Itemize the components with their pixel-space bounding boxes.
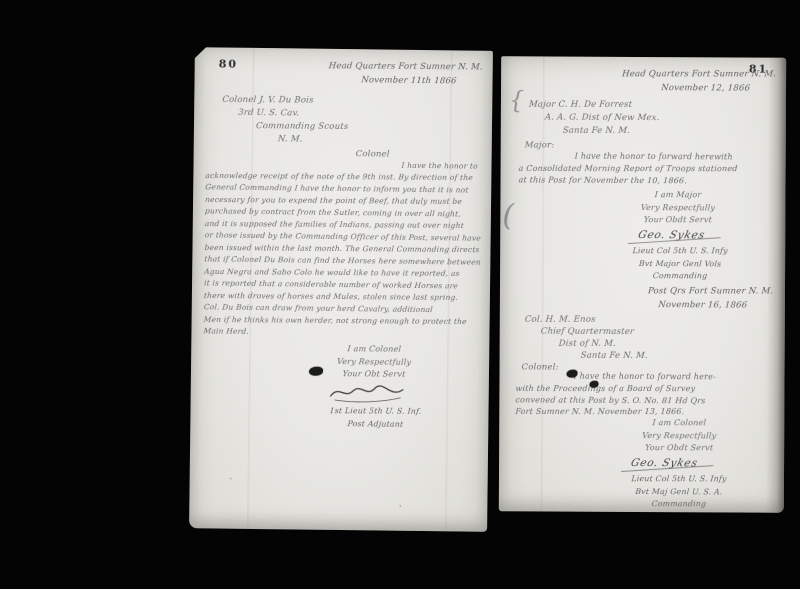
handwritten-line: Dist of N. M. — [558, 338, 648, 350]
handwritten-line: Post Adjutant — [290, 417, 461, 432]
addressee-block: Major C. H. De ForrestA. A. G. Dist of N… — [529, 98, 660, 138]
page-80: 80 Head Quarters Fort Sumner N. M.Novemb… — [189, 47, 493, 532]
closing-block: I am ColonelVery RespectfullyYour Obdt S… — [599, 417, 759, 455]
ink-blot — [589, 381, 598, 388]
handwritten-line: November 16, 1866 — [647, 298, 747, 313]
addressee-block: Col. H. M. EnosChief QuartermasterDist o… — [525, 313, 648, 362]
signature: Geo. Sykes — [630, 457, 700, 469]
page-81-text: 81 { ( Head Quarters Fort Sumner N. M.No… — [499, 56, 786, 512]
signature-flourish — [329, 383, 407, 404]
salutation: Colonel — [356, 149, 390, 159]
handwritten-line: Head Quarters Fort Sumner N. M. — [328, 59, 483, 74]
body-opening-line: I have the honor to — [401, 161, 477, 171]
handwritten-line: A. A. G. Dist of New Mex. — [544, 111, 660, 125]
rank-block: Lieut Col 5th U. S. InfyBvt Major Genl V… — [595, 245, 765, 283]
rank-block: 1st Lieut 5th U. S. Inf.Post Adjutant — [290, 404, 460, 431]
handwritten-line: convened at this Post by S. O. No. 81 Hd… — [515, 394, 775, 407]
letter-heading: Head Quarters Fort Sumner N. M.November … — [328, 59, 482, 89]
salutation: Colonel: — [522, 362, 559, 372]
handwritten-line: Lieut Col 5th U. S. Infy — [595, 245, 766, 258]
page-number: 80 — [219, 57, 238, 70]
handwritten-line: Bvt Maj Genl U. S. A. — [593, 485, 764, 498]
handwritten-line: Bvt Major Genl Vols — [595, 257, 766, 270]
handwritten-line: Post Qrs Fort Sumner N. M. — [647, 284, 773, 298]
handwritten-line: with the Proceedings of a Board of Surve… — [515, 383, 775, 395]
page-80-text: 80 Head Quarters Fort Sumner N. M.Novemb… — [189, 47, 493, 532]
handwritten-line: Main Herd. — [203, 325, 482, 340]
handwritten-line: Col. H. M. Enos — [524, 314, 648, 326]
body-opening-line: I have the honor to forward herewith — [575, 152, 733, 162]
handwritten-line: Santa Fe N. M. — [562, 125, 660, 138]
handwritten-line: Santa Fe N. M. — [580, 350, 648, 362]
handwritten-line: Chief Quartermaster — [540, 325, 648, 338]
closing-block: I am MajorVery RespectfullyYour Obdt Ser… — [595, 189, 760, 227]
handwritten-line: Head Quarters Fort Sumner N. M. — [622, 67, 777, 81]
addressee-block: Colonel J. V. Du Bois3rd U. S. Cav.Comma… — [222, 94, 349, 148]
handwritten-line: Major C. H. De Forrest — [528, 99, 660, 112]
handwritten-line: Commanding Scouts — [255, 120, 348, 134]
handwritten-line: I am Colonel — [299, 343, 450, 357]
letter-heading: Post Qrs Fort Sumner N. M.November 16, 1… — [648, 284, 773, 313]
letter-body: with the Proceedings of a Board of Surve… — [515, 382, 774, 418]
handwritten-line: Fort Sumner N. M. November 13, 1866. — [515, 406, 775, 418]
handwritten-line: November 12, 1866 — [621, 81, 750, 96]
handwritten-line: Very Respectfully — [595, 201, 761, 214]
handwritten-line: I am Colonel — [599, 417, 760, 430]
handwritten-line: Your Obdt Servt — [599, 442, 760, 455]
page-81: 81 { ( Head Quarters Fort Sumner N. M.No… — [499, 56, 786, 512]
margin-pen-mark: ( — [502, 198, 514, 233]
handwritten-line: Colonel J. V. Du Bois — [222, 94, 349, 108]
handwritten-line: 1st Lieut 5th U. S. Inf. — [290, 405, 461, 419]
handwritten-line: I am Major — [595, 189, 761, 202]
handwritten-line: Commanding — [593, 498, 764, 511]
margin-pen-mark: { — [509, 86, 524, 114]
closing-block: I am ColonelVery RespectfullyYour Obt Se… — [299, 342, 449, 381]
scanned-letterbook: 80 Head Quarters Fort Sumner N. M.Novemb… — [0, 0, 800, 589]
handwritten-line: a Consolidated Morning Report of Troops … — [518, 163, 776, 175]
handwritten-line: N. M. — [277, 133, 348, 147]
letter-body: a Consolidated Morning Report of Troops … — [519, 162, 776, 186]
letter-heading: Head Quarters Fort Sumner N. M.November … — [622, 67, 776, 96]
signature: Geo. Sykes — [637, 229, 707, 241]
salutation: Major: — [525, 140, 555, 150]
handwritten-line: at this Post for November the 10, 1866. — [518, 174, 776, 187]
ink-blot — [567, 370, 578, 378]
handwritten-line: Very Respectfully — [599, 429, 760, 442]
rank-block: Lieut Col 5th U. S. InfyBvt Maj Genl U. … — [594, 473, 764, 511]
letter-body: acknowledge receipt of the note of the 9… — [203, 169, 483, 340]
handwritten-line: November 11th 1866 — [328, 73, 457, 89]
handwritten-line: 3rd U. S. Cav. — [238, 107, 349, 121]
handwritten-line: Your Obdt Servt — [595, 214, 761, 227]
handwritten-line: Lieut Col 5th U. S. Infy — [594, 473, 765, 486]
handwritten-line: Commanding — [595, 270, 766, 283]
ink-blot — [309, 367, 323, 376]
